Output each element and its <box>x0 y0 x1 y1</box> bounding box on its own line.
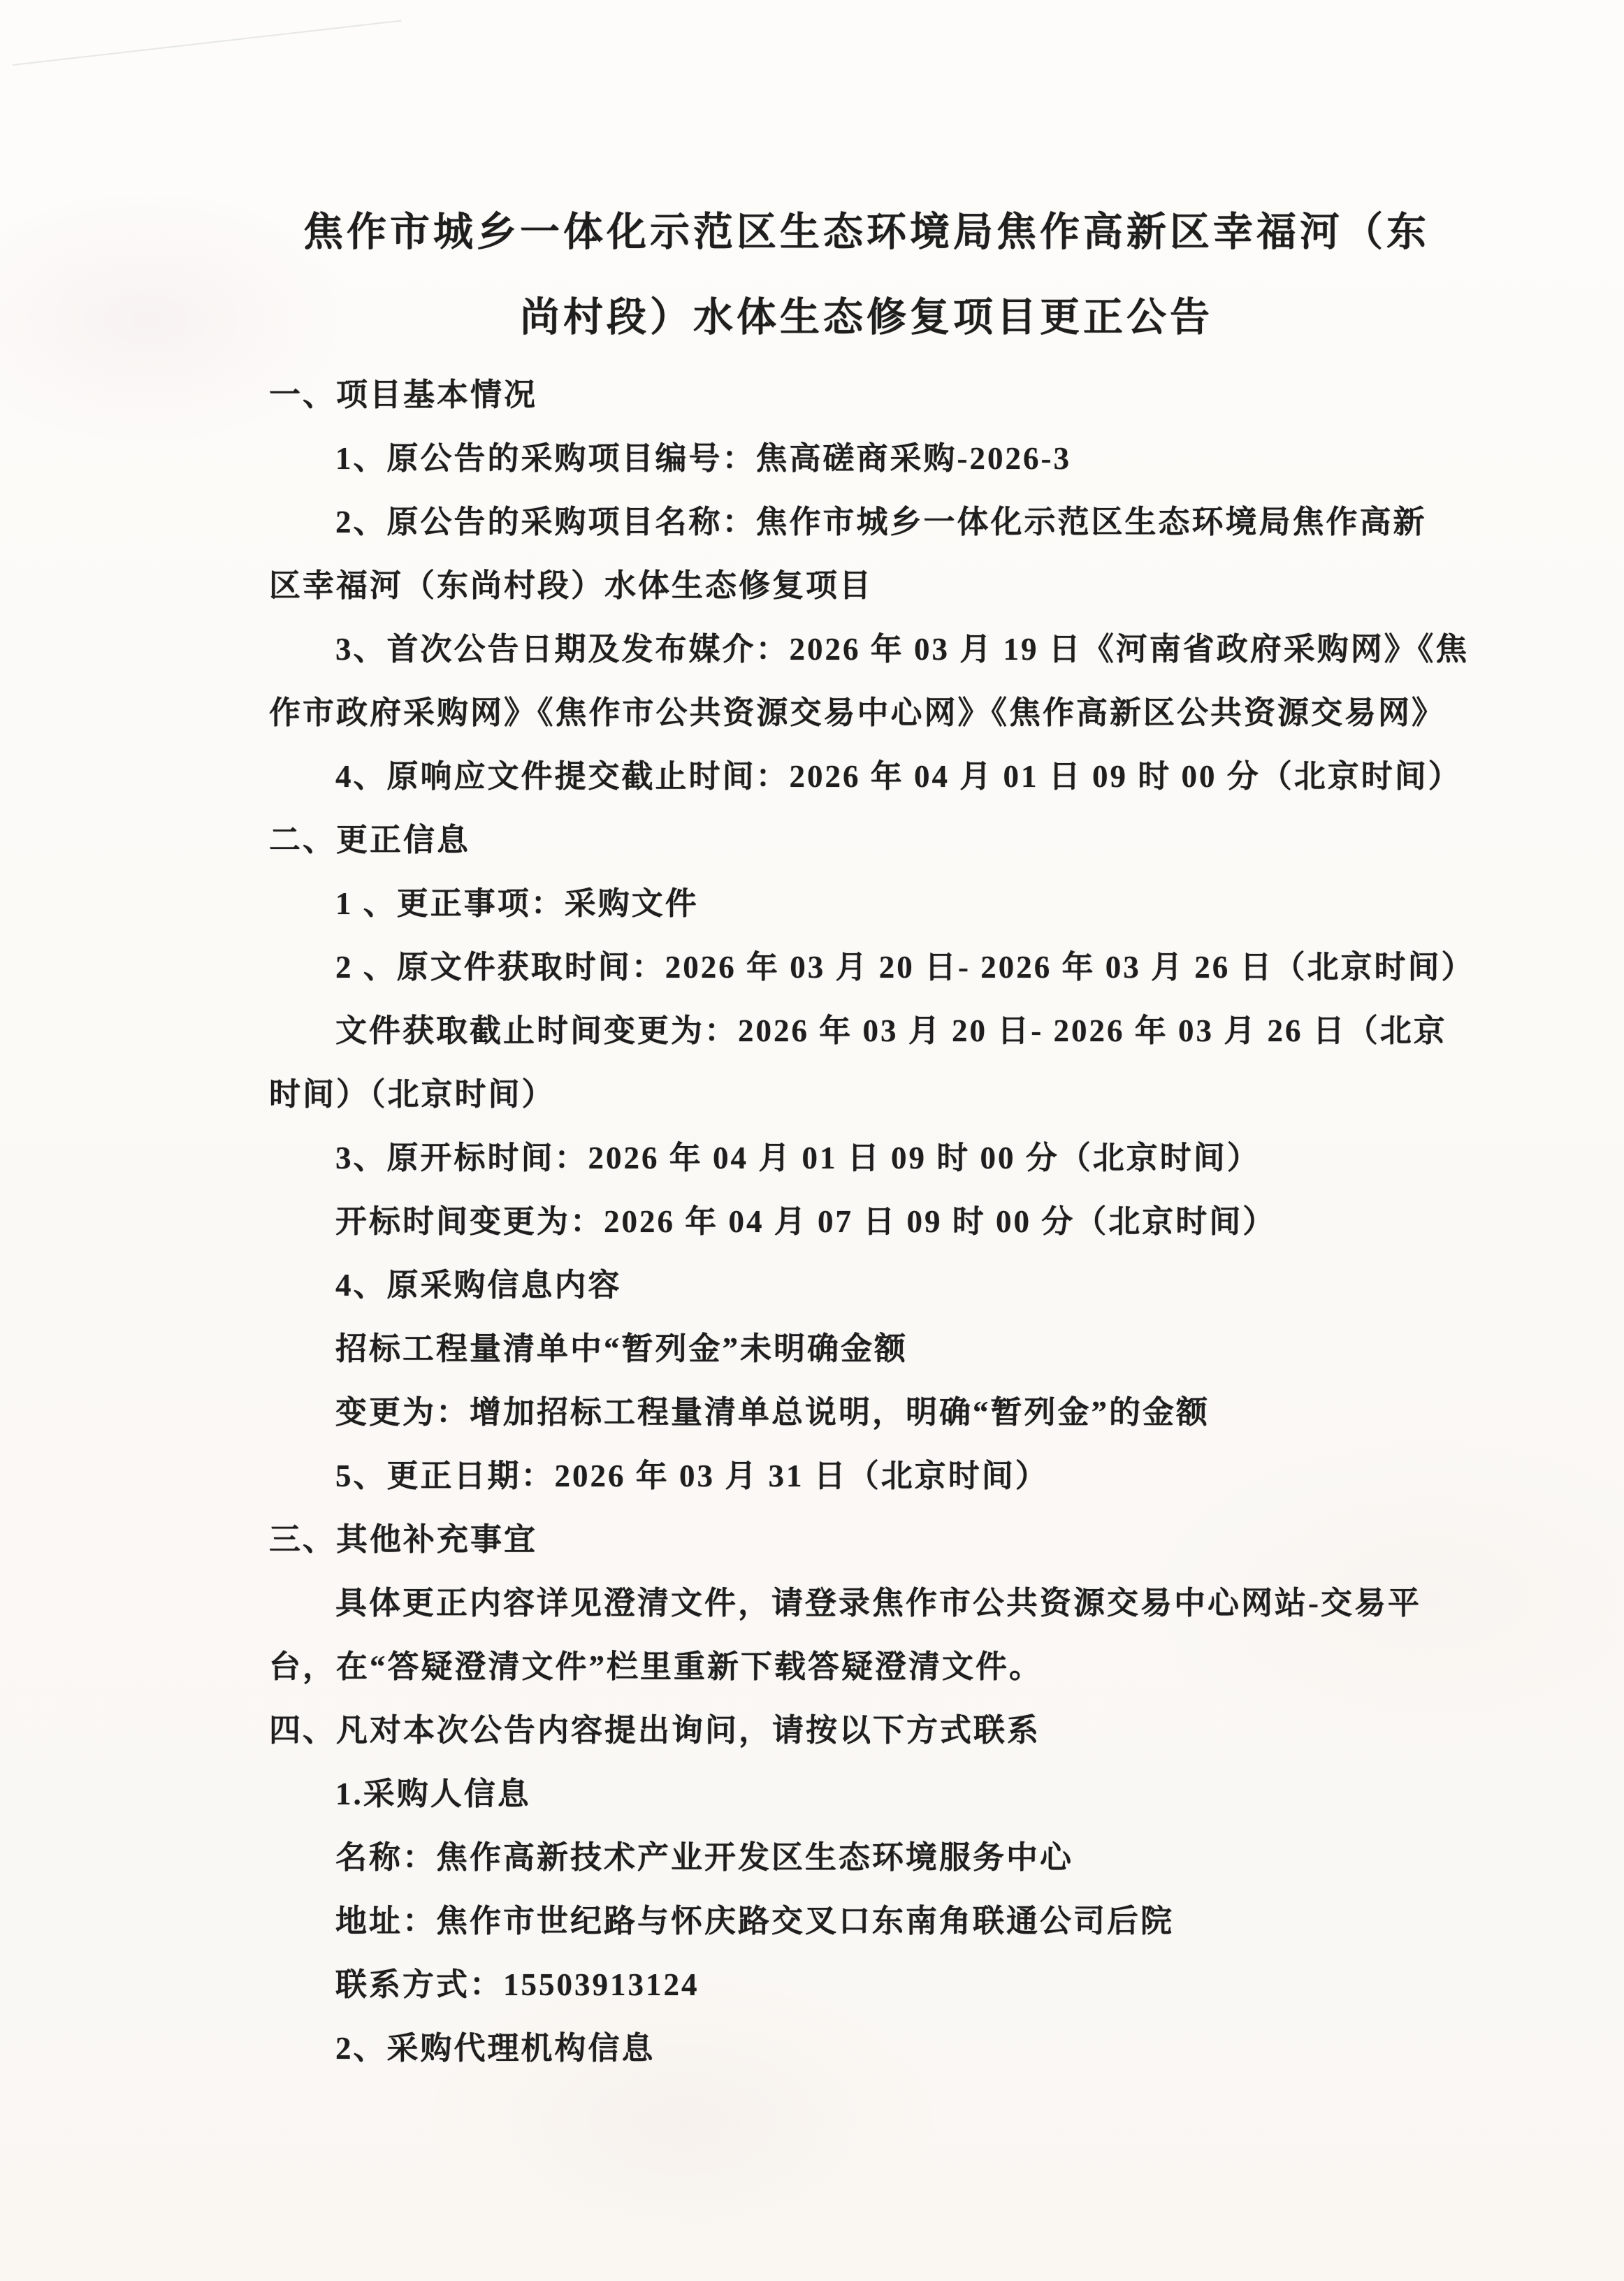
section-heading-2: 二、更正信息 <box>269 809 1498 872</box>
scanned-document-page: 焦作市城乡一体化示范区生态环境局焦作高新区幸福河（东 尚村段）水体生态修复项目更… <box>0 0 1624 2281</box>
doc-line: 具体更正内容详见澄清文件，请登录焦作市公共资源交易中心网站-交易平 <box>335 1572 1498 1635</box>
doc-line: 区幸福河（东尚村段）水体生态修复项目 <box>269 554 1498 618</box>
doc-line: 4、原响应文件提交截止时间：2026 年 04 月 01 日 09 时 00 分… <box>335 745 1498 809</box>
doc-line: 3、首次公告日期及发布媒介：2026 年 03 月 19 日《河南省政府采购网》… <box>335 618 1498 681</box>
document-title-line-2: 尚村段）水体生态修复项目更正公告 <box>252 275 1481 361</box>
doc-line: 2、采购代理机构信息 <box>335 2017 1498 2080</box>
section-heading-3: 三、其他补充事宜 <box>269 1508 1498 1572</box>
doc-line: 2、原公告的采购项目名称：焦作市城乡一体化示范区生态环境局焦作高新 <box>335 491 1498 554</box>
doc-line: 招标工程量清单中“暂列金”未明确金额 <box>335 1317 1498 1381</box>
doc-line: 名称：焦作高新技术产业开发区生态环境服务中心 <box>335 1826 1498 1890</box>
doc-line: 1、原公告的采购项目编号：焦高磋商采购-2026-3 <box>335 427 1498 491</box>
section-heading-1: 一、项目基本情况 <box>269 363 1498 427</box>
doc-line: 2 、原文件获取时间：2026 年 03 月 20 日- 2026 年 03 月… <box>335 936 1498 999</box>
doc-line: 地址：焦作市世纪路与怀庆路交叉口东南角联通公司后院 <box>335 1890 1498 1953</box>
document-body: 一、项目基本情况 1、原公告的采购项目编号：焦高磋商采购-2026-3 2、原公… <box>269 363 1498 2080</box>
doc-line: 1 、更正事项：采购文件 <box>335 872 1498 936</box>
document-title-line-1: 焦作市城乡一体化示范区生态环境局焦作高新区幸福河（东 <box>252 190 1481 275</box>
doc-line: 1.采购人信息 <box>335 1762 1498 1826</box>
doc-line: 4、原采购信息内容 <box>335 1254 1498 1317</box>
doc-line: 联系方式：15503913124 <box>335 1953 1498 2017</box>
document-title: 焦作市城乡一体化示范区生态环境局焦作高新区幸福河（东 尚村段）水体生态修复项目更… <box>252 190 1481 361</box>
doc-line: 开标时间变更为：2026 年 04 月 07 日 09 时 00 分（北京时间） <box>335 1190 1498 1254</box>
doc-line: 台，在“答疑澄清文件”栏里重新下载答疑澄清文件。 <box>269 1635 1498 1699</box>
document-content: 焦作市城乡一体化示范区生态环境局焦作高新区幸福河（东 尚村段）水体生态修复项目更… <box>0 0 1624 2080</box>
doc-line: 3、原开标时间：2026 年 04 月 01 日 09 时 00 分（北京时间） <box>335 1127 1498 1190</box>
section-heading-4: 四、凡对本次公告内容提出询问，请按以下方式联系 <box>269 1699 1498 1762</box>
doc-line: 作市政府采购网》《焦作市公共资源交易中心网》《焦作高新区公共资源交易网》 <box>269 681 1498 745</box>
doc-line: 变更为：增加招标工程量清单总说明，明确“暂列金”的金额 <box>335 1381 1498 1444</box>
doc-line: 文件获取截止时间变更为：2026 年 03 月 20 日- 2026 年 03 … <box>335 999 1498 1063</box>
doc-line: 时间）（北京时间） <box>269 1063 1498 1127</box>
doc-line: 5、更正日期：2026 年 03 月 31 日（北京时间） <box>335 1444 1498 1508</box>
